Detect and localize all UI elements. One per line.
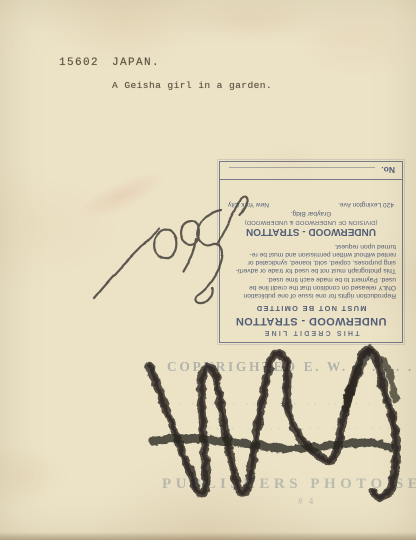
stamp-header-line1: THIS CREDIT LINE — [262, 329, 359, 336]
stamp-address-row: 420 Lexington Ave. New York City — [226, 201, 396, 208]
paper-stain — [56, 151, 190, 239]
stamp-city: New York City — [228, 201, 269, 208]
faded-illegible-line: · ·· ···· ·· · ··· ·· ····· · ·· — [178, 399, 395, 409]
typed-caption: A Geisha girl in a garden. — [112, 80, 272, 91]
stamp-building: Graybar Bldg. — [291, 210, 332, 217]
stamp-number-blank-line — [229, 168, 375, 169]
photo-back-paper: 15602JAPAN. A Geisha girl in a garden. T… — [0, 0, 416, 540]
stamp-body-line: This photograph must not be used for tra… — [226, 266, 396, 274]
faded-small-mark: # 4 — [298, 496, 315, 506]
stamp-header-line3: MUST NOT BE OMITTED — [256, 304, 367, 313]
faded-copyright-stamp: COPYRIGHTED E. W. N . . . . — [167, 359, 414, 375]
credit-stamp: THIS CREDIT LINE UNDERWOOD - STRATTON MU… — [219, 161, 403, 343]
handwriting-stroke — [183, 239, 196, 272]
stamp-agency-name: UNDERWOOD - STRATTON — [236, 315, 387, 327]
handwriting-stroke — [154, 230, 177, 259]
faded-illegible-line: ··· · ·· ·· ···· · ·· ··· — [200, 424, 395, 434]
stamp-number-row: No. — [220, 162, 402, 180]
stamp-division-line: (DIVISION OF UNDERWOOD & UNDERWOOD) — [244, 219, 377, 225]
catalog-country: JAPAN. — [112, 57, 160, 69]
credit-stamp-border: THIS CREDIT LINE UNDERWOOD - STRATTON MU… — [219, 161, 403, 343]
stamp-body-line: sing purposes, copied, sold, loaned, syn… — [226, 258, 396, 266]
credit-stamp-body: THIS CREDIT LINE UNDERWOOD - STRATTON MU… — [220, 180, 402, 342]
stamp-conditions-paragraph: Reproduction rights for one issue of one… — [226, 242, 396, 299]
stamp-body-line: turned upon request. — [226, 242, 396, 250]
typed-catalog-line: 15602JAPAN. — [59, 57, 160, 69]
stamp-agency-name-footer: UNDERWOOD - STRATTON — [246, 226, 376, 237]
stamp-body-line: Reproduction rights for one issue of one… — [226, 291, 396, 299]
stamp-street: 420 Lexington Ave. — [338, 201, 394, 208]
paper-stain — [150, 0, 350, 50]
stamp-body-line: used. Payment to be made each time used. — [226, 274, 396, 282]
handwriting-stroke — [181, 221, 200, 245]
faded-photo-service-stamp: PUBLISHERS PHOTO SERVICE — [162, 476, 416, 493]
handwriting-stroke — [94, 229, 159, 298]
stamp-number-label: No. — [381, 166, 395, 176]
scribble-stroke — [152, 439, 391, 449]
stamp-body-line: rented without written permission and mu… — [226, 250, 396, 258]
catalog-number: 15602 — [59, 57, 99, 69]
stamp-body-line: ONLY released on condition that the cred… — [226, 283, 396, 291]
